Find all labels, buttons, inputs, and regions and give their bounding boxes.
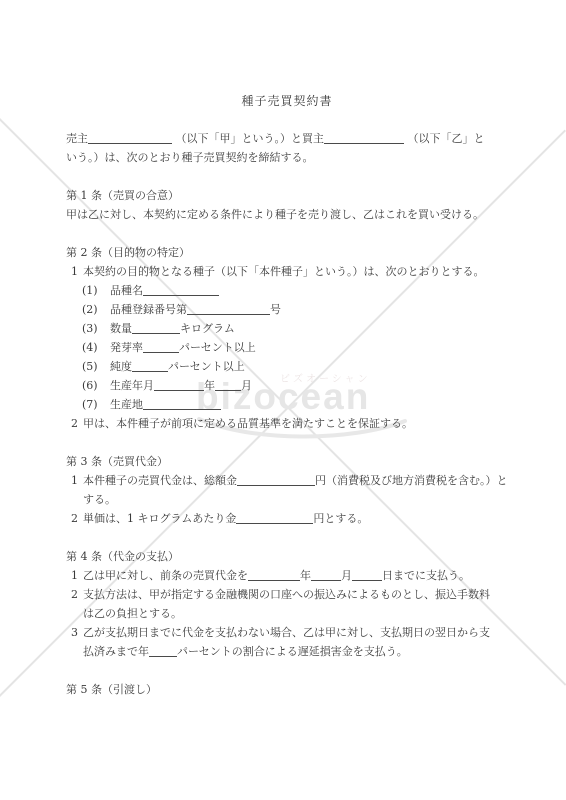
list-item: (4)発芽率パーセント以上	[66, 338, 508, 357]
blank-line	[66, 661, 508, 680]
line-number: (2)	[82, 300, 110, 319]
article-heading: 第 4 条（代金の支払）	[66, 547, 508, 566]
document-line: 1乙は甲に対し、前条の売買代金を年月日までに支払う。	[66, 566, 508, 585]
fill-in-blank	[236, 512, 313, 524]
text-run: 年	[204, 379, 215, 392]
document-body: 売主 （以下「甲」という。）と買主 （以下「乙」という。）は、次のとおり種子売買…	[66, 129, 508, 699]
line-number: (5)	[82, 357, 110, 376]
list-item: (5)純度パーセント以上	[66, 357, 508, 376]
text-run: 号	[270, 303, 281, 316]
document-line: 売主 （以下「甲」という。）と買主 （以下「乙」と	[66, 129, 508, 148]
text-run: 第 1 条（売買の合意）	[66, 189, 179, 202]
text-run: 日までに支払う。	[382, 569, 470, 582]
list-item: (2)品種登録番号第号	[66, 300, 508, 319]
line-number: (3)	[82, 319, 110, 338]
document-line: は乙の負担とする。	[66, 604, 508, 623]
text-run: パーセント以上	[179, 341, 256, 354]
text-run: キログラム	[180, 322, 235, 335]
text-run: 第 4 条（代金の支払）	[66, 550, 179, 563]
line-number: 2	[66, 585, 83, 604]
text-run: 本件種子の売買代金は、総額金	[83, 474, 237, 487]
document-line: 払済みまで年パーセントの割合による遅延損害金を支払う。	[66, 642, 508, 661]
text-run: 第 2 条（目的物の特定）	[66, 246, 190, 259]
text-run: （以下「乙」と	[404, 132, 485, 145]
document-line: 甲は乙に対し、本契約に定める条件により種子を売り渡し、乙はこれを買い受ける。	[66, 205, 508, 224]
fill-in-blank	[352, 569, 382, 581]
fill-in-blank	[143, 284, 219, 296]
fill-in-blank	[143, 341, 179, 353]
text-run: 月	[241, 379, 252, 392]
text-run: 純度	[110, 360, 132, 373]
text-run: （以下「甲」という。）と買主	[172, 132, 324, 145]
document-line: 1本件種子の売買代金は、総額金円（消費税及び地方消費税を含む。）と	[66, 471, 508, 490]
article-heading: 第 1 条（売買の合意）	[66, 186, 508, 205]
fill-in-blank	[143, 398, 221, 410]
text-run: パーセント以上	[168, 360, 245, 373]
text-run: 第 3 条（売買代金）	[66, 455, 168, 468]
text-run: 年	[300, 569, 311, 582]
text-run: 甲は、本件種子が前項に定める品質基準を満たすことを保証する。	[83, 417, 413, 430]
fill-in-blank	[149, 645, 177, 657]
document-line: 1本契約の目的物となる種子（以下「本件種子」という。）は、次のとおりとする。	[66, 262, 508, 281]
document-line: する。	[66, 490, 508, 509]
text-run: 甲は乙に対し、本契約に定める条件により種子を売り渡し、乙はこれを買い受ける。	[66, 208, 484, 221]
fill-in-blank	[324, 132, 404, 144]
text-run: 数量	[110, 322, 132, 335]
blank-line	[66, 224, 508, 243]
text-run: 本契約の目的物となる種子（以下「本件種子」という。）は、次のとおりとする。	[83, 265, 485, 278]
text-run: 月	[341, 569, 352, 582]
article-heading: 第 2 条（目的物の特定）	[66, 243, 508, 262]
blank-line	[66, 433, 508, 452]
line-number: 2	[66, 509, 83, 528]
text-run: する。	[83, 493, 116, 506]
document-page: ビズオーシャン bizocean 種子売買契約書 売主 （以下「甲」という。）と…	[0, 0, 566, 800]
fill-in-blank	[132, 360, 168, 372]
fill-in-blank	[248, 569, 300, 581]
blank-line	[66, 528, 508, 547]
list-item: (6)生産年月年月	[66, 376, 508, 395]
contract-document: 種子売買契約書 売主 （以下「甲」という。）と買主 （以下「乙」という。）は、次…	[0, 0, 566, 699]
fill-in-blank	[88, 132, 172, 144]
line-number: (7)	[82, 395, 110, 414]
document-title: 種子売買契約書	[66, 92, 508, 111]
line-number: (6)	[82, 376, 110, 395]
fill-in-blank	[237, 474, 315, 486]
list-item: (1)品種名	[66, 281, 508, 300]
text-run: 乙が支払期日までに代金を支払わない場合、乙は甲に対し、支払期日の翌日から支	[83, 626, 490, 639]
document-line: いう。）は、次のとおり種子売買契約を締結する。	[66, 148, 508, 167]
line-number: 2	[66, 414, 83, 433]
text-run: 支払方法は、甲が指定する金融機関の口座への振込みによるものとし、振込手数料	[83, 588, 490, 601]
line-number: (4)	[82, 338, 110, 357]
fill-in-blank	[132, 322, 180, 334]
blank-line	[66, 167, 508, 186]
line-number: 1	[66, 471, 83, 490]
text-run: 品種名	[110, 284, 143, 297]
line-number: 1	[66, 566, 83, 585]
fill-in-blank	[215, 379, 241, 391]
text-run: 円とする。	[313, 512, 368, 525]
document-line: 2支払方法は、甲が指定する金融機関の口座への振込みによるものとし、振込手数料	[66, 585, 508, 604]
text-run: 品種登録番号第	[110, 303, 187, 316]
text-run: 生産年月	[110, 379, 154, 392]
document-line: 3乙が支払期日までに代金を支払わない場合、乙は甲に対し、支払期日の翌日から支	[66, 623, 508, 642]
list-item: (3)数量キログラム	[66, 319, 508, 338]
text-run: いう。）は、次のとおり種子売買契約を締結する。	[66, 151, 314, 164]
article-heading: 第 5 条（引渡し）	[66, 680, 508, 699]
text-run: 払済みまで年	[83, 645, 149, 658]
document-line: 2単価は、1 キログラムあたり金円とする。	[66, 509, 508, 528]
text-run: 生産地	[110, 398, 143, 411]
fill-in-blank	[154, 379, 204, 391]
text-run: パーセントの割合による遅延損害金を支払う。	[177, 645, 408, 658]
text-run: 円（消費税及び地方消費税を含む。）と	[315, 474, 508, 487]
text-run: 乙は甲に対し、前条の売買代金を	[83, 569, 248, 582]
fill-in-blank	[311, 569, 341, 581]
text-run: 単価は、1 キログラムあたり金	[83, 512, 236, 525]
document-line: 2甲は、本件種子が前項に定める品質基準を満たすことを保証する。	[66, 414, 508, 433]
article-heading: 第 3 条（売買代金）	[66, 452, 508, 471]
text-run: は乙の負担とする。	[83, 607, 182, 620]
line-number: (1)	[82, 281, 110, 300]
line-number: 3	[66, 623, 83, 642]
fill-in-blank	[187, 303, 270, 315]
text-run: 発芽率	[110, 341, 143, 354]
text-run: 第 5 条（引渡し）	[66, 683, 157, 696]
list-item: (7)生産地	[66, 395, 508, 414]
text-run: 売主	[66, 132, 88, 145]
line-number: 1	[66, 262, 83, 281]
